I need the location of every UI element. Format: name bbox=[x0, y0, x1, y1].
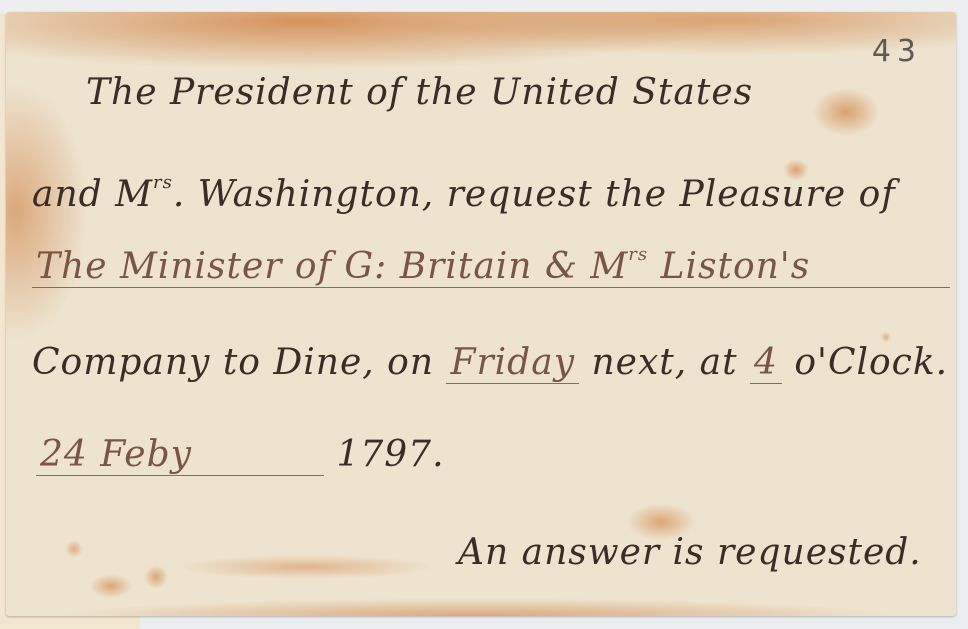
superscript: rs bbox=[153, 172, 173, 193]
date-line: 24 Feby 1797. bbox=[36, 434, 445, 476]
printed-line-2: and Mrs. Washington, request the Pleasur… bbox=[32, 172, 896, 215]
handwritten-guest-name: The Minister of G: Britain & Mrs Liston'… bbox=[32, 244, 950, 288]
printed-heading: The President of the United States bbox=[86, 72, 753, 113]
printed-text: and M bbox=[32, 174, 153, 215]
printed-text: o'Clock. bbox=[794, 342, 948, 383]
printed-line-4: Company to Dine, on Friday next, at 4 o'… bbox=[32, 342, 948, 383]
invitation-card: 43 The President of the United States an… bbox=[6, 12, 956, 616]
printed-text: Company to Dine, on bbox=[32, 342, 434, 383]
printed-text: . Washington, request the Pleasure of bbox=[173, 174, 896, 215]
pencil-catalog-number: 43 bbox=[872, 34, 922, 69]
printed-text: next, at bbox=[591, 342, 737, 383]
handwritten-day: Friday bbox=[446, 342, 579, 384]
handwritten-date: 24 Feby bbox=[36, 434, 324, 476]
printed-year: 1797. bbox=[336, 434, 444, 475]
answer-requested-text: An answer is requested. bbox=[458, 532, 922, 573]
handwritten-hour: 4 bbox=[750, 342, 782, 384]
guest-text: Liston's bbox=[648, 246, 810, 287]
superscript: rs bbox=[628, 244, 648, 265]
guest-line: The Minister of G: Britain & Mrs Liston'… bbox=[32, 244, 956, 288]
printed-footer: An answer is requested. bbox=[458, 532, 922, 573]
guest-text: The Minister of G: Britain & M bbox=[36, 246, 628, 287]
printed-line-1: The President of the United States bbox=[86, 72, 753, 113]
